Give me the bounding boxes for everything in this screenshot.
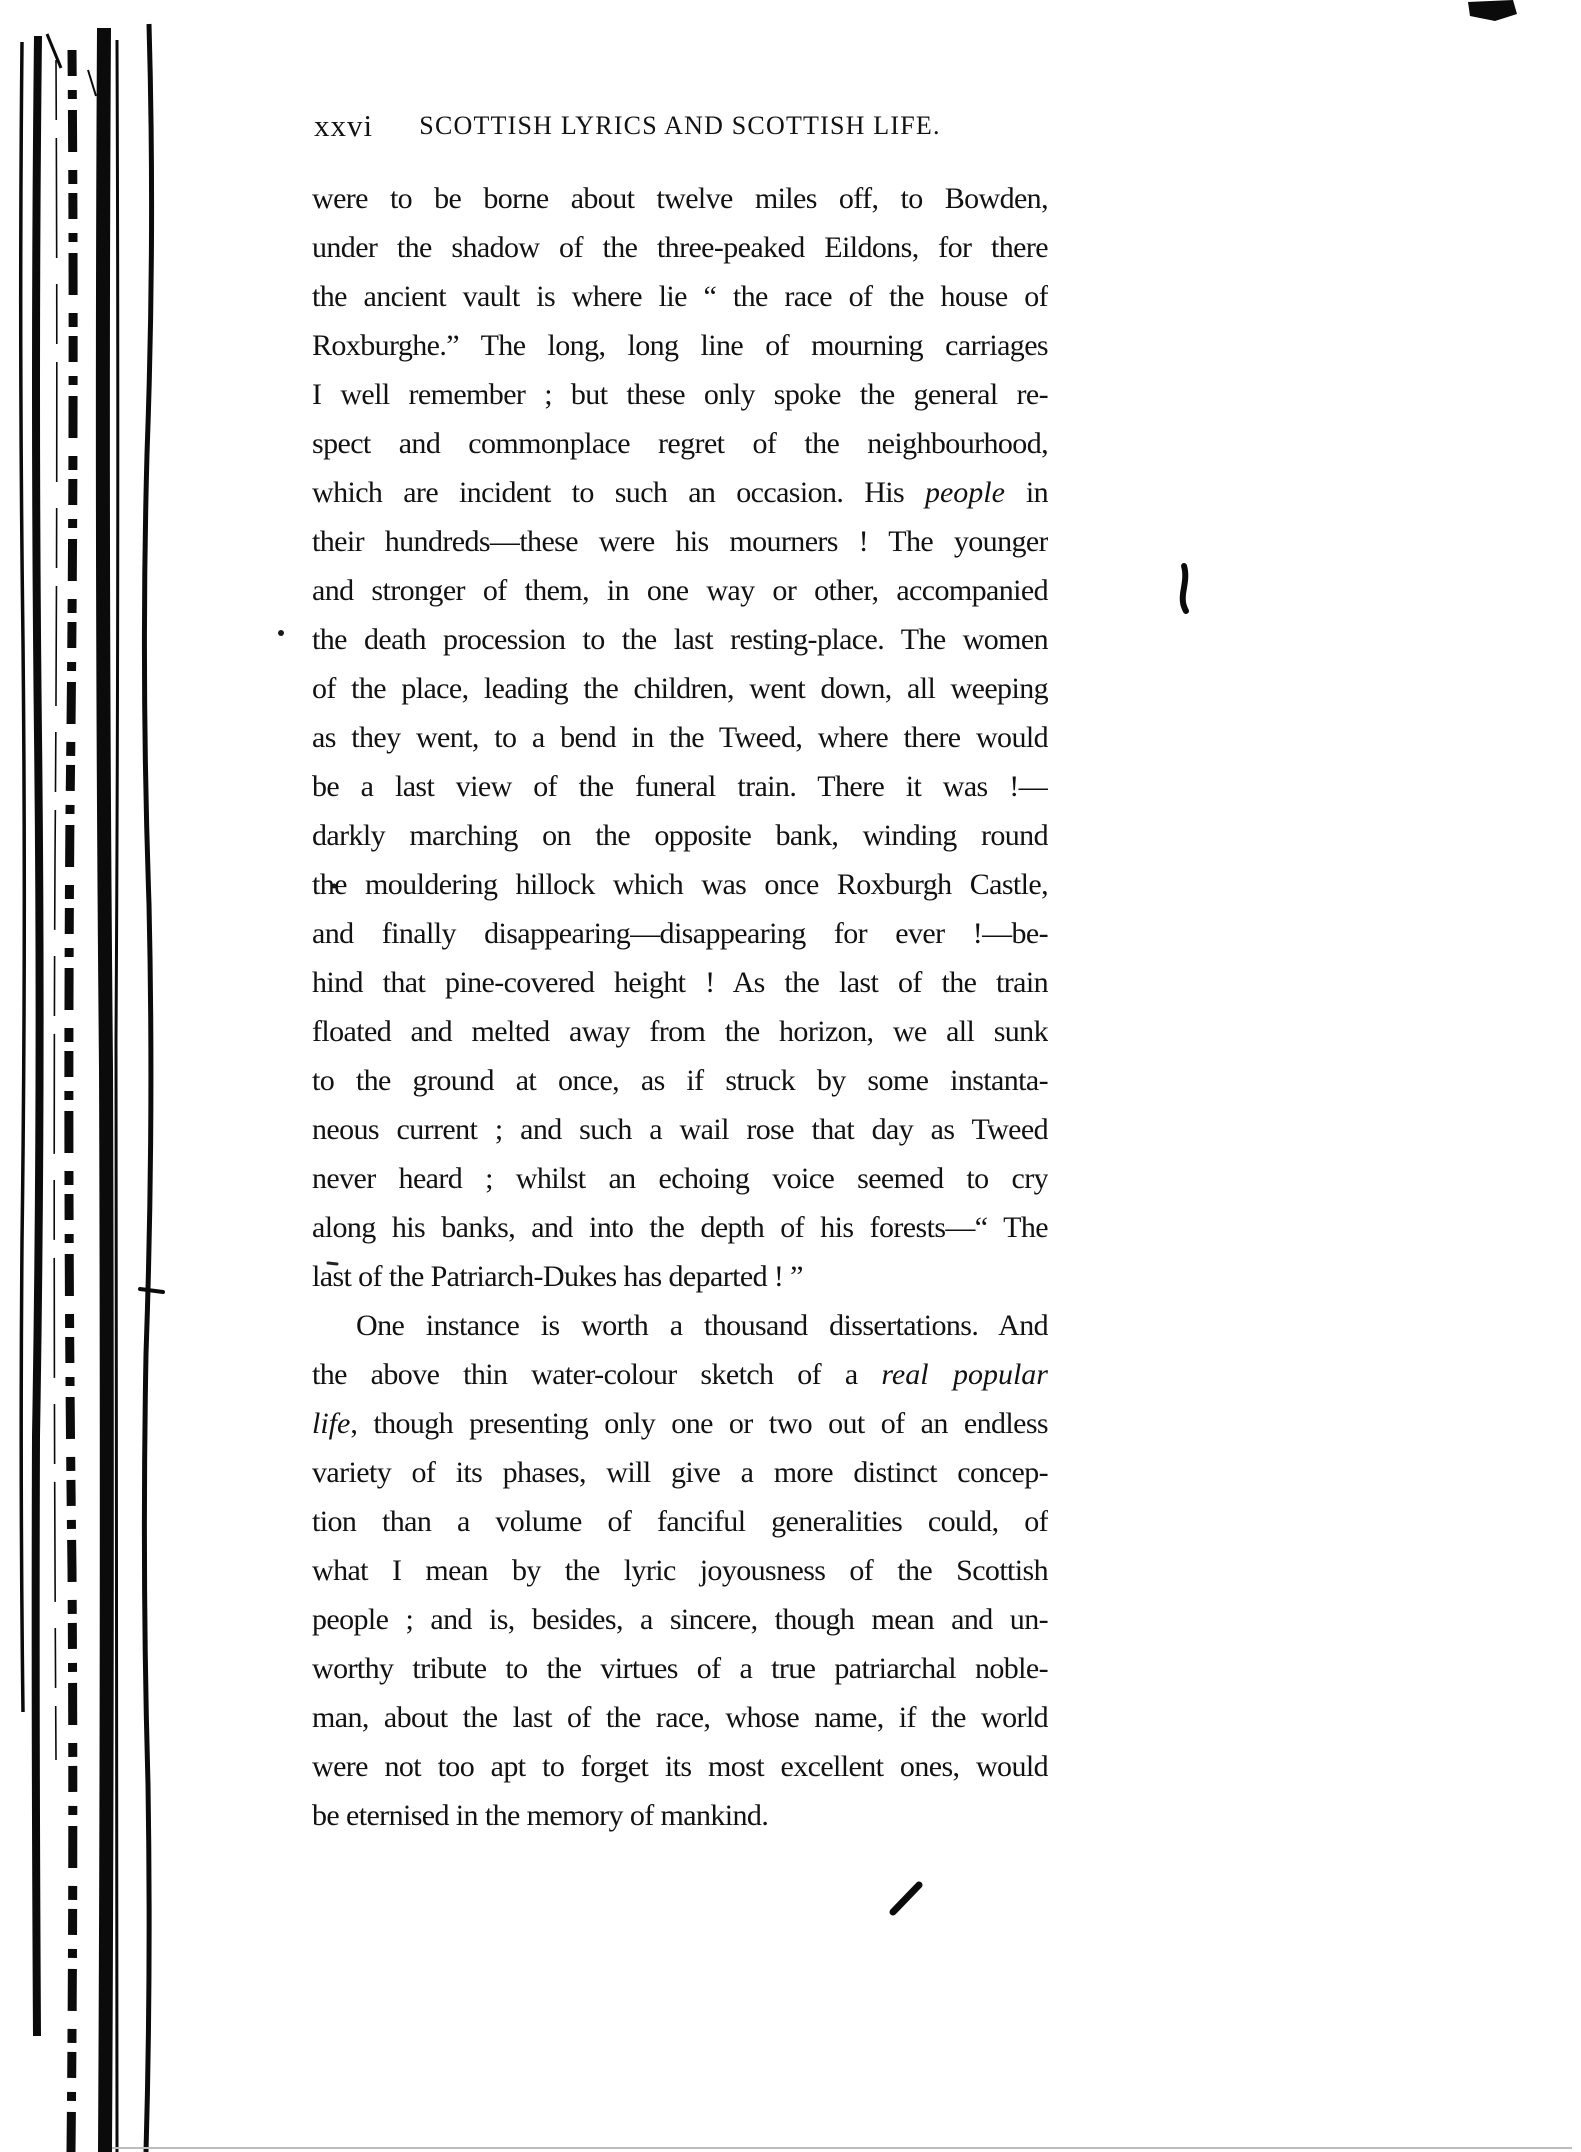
gutter-streak — [115, 40, 118, 2152]
text-line: under the shadow of the three-peaked Eil… — [312, 223, 1048, 272]
ink-mark-slash — [893, 1885, 919, 1912]
corner-blob — [1468, 0, 1517, 21]
page-bottom-edge — [112, 2147, 1572, 2149]
text-line: floated and melted away from the horizon… — [312, 1007, 1048, 1056]
text-line: the above thin water-colour sketch of a … — [312, 1350, 1048, 1399]
text-line: be eternised in the memory of mankind. — [312, 1791, 1048, 1840]
text-line: which are incident to such an occasion. … — [312, 468, 1048, 517]
folio-number: xxvi — [314, 108, 373, 144]
text-line: man, about the last of the race, whose n… — [312, 1693, 1048, 1742]
text-line: along his banks, and into the depth of h… — [312, 1203, 1048, 1252]
gutter-streak — [47, 34, 61, 68]
text-line: to the ground at once, as if struck by s… — [312, 1056, 1048, 1105]
text-line: the death procession to the last resting… — [312, 615, 1048, 664]
text-line: as they went, to a bend in the Tweed, wh… — [312, 713, 1048, 762]
page-body: were to be borne about twelve miles off,… — [312, 174, 1048, 1840]
text-line: neous current ; and such a wail rose tha… — [312, 1105, 1048, 1154]
gutter-streak — [21, 42, 25, 1712]
text-line: darkly marching on the opposite bank, wi… — [312, 811, 1048, 860]
paragraph: One instance is worth a thousand dissert… — [312, 1301, 1048, 1840]
gutter-streak — [144, 24, 151, 2152]
text-line: were not too apt to forget its most exce… — [312, 1742, 1048, 1791]
gutter-streak — [103, 28, 107, 2152]
text-line: what I mean by the lyric joyousness of t… — [312, 1546, 1048, 1595]
gutter-streak — [88, 70, 96, 96]
page-header: xxvi SCOTTISH LYRICS AND SCOTTISH LIFE. — [312, 104, 1048, 148]
text-column: xxvi SCOTTISH LYRICS AND SCOTTISH LIFE. … — [312, 104, 1048, 1840]
gutter-streak — [54, 60, 57, 1760]
text-line: last of the Patriarch-Dukes has departed… — [312, 1252, 1048, 1301]
text-line: life, though presenting only one or two … — [312, 1399, 1048, 1448]
text-line: Roxburghe.” The long, long line of mourn… — [312, 321, 1048, 370]
text-line: never heard ; whilst an echoing voice se… — [312, 1154, 1048, 1203]
gutter-streaks — [21, 24, 152, 2152]
gutter-streak — [69, 50, 73, 2152]
text-line: I well remember ; but these only spoke t… — [312, 370, 1048, 419]
text-line: were to be borne about twelve miles off,… — [312, 174, 1048, 223]
paragraph: were to be borne about twelve miles off,… — [312, 174, 1048, 1301]
text-line: and finally disappearing—disappearing fo… — [312, 909, 1048, 958]
text-line: worthy tribute to the virtues of a true … — [312, 1644, 1048, 1693]
text-line: and stronger of them, in one way or othe… — [312, 566, 1048, 615]
text-line: tion than a volume of fanciful generalit… — [312, 1497, 1048, 1546]
running-title: SCOTTISH LYRICS AND SCOTTISH LIFE. — [312, 104, 1048, 148]
gutter-streak — [36, 36, 40, 2036]
text-line: be a last view of the funeral train. The… — [312, 762, 1048, 811]
text-line: variety of its phases, will give a more … — [312, 1448, 1048, 1497]
text-line: people ; and is, besides, a sincere, tho… — [312, 1595, 1048, 1644]
text-line: their hundreds—these were his mourners !… — [312, 517, 1048, 566]
text-line: spect and commonplace regret of the neig… — [312, 419, 1048, 468]
ink-speck — [278, 630, 284, 636]
text-line: of the place, leading the children, went… — [312, 664, 1048, 713]
ink-mark-dash — [140, 1289, 163, 1292]
text-line: One instance is worth a thousand dissert… — [312, 1301, 1048, 1350]
text-line: the mouldering hillock which was once Ro… — [312, 860, 1048, 909]
text-line: hind that pine-covered height ! As the l… — [312, 958, 1048, 1007]
ink-mark-caret — [1183, 566, 1186, 611]
scanned-book-page: xxvi SCOTTISH LYRICS AND SCOTTISH LIFE. … — [0, 0, 1581, 2152]
text-line: the ancient vault is where lie “ the rac… — [312, 272, 1048, 321]
